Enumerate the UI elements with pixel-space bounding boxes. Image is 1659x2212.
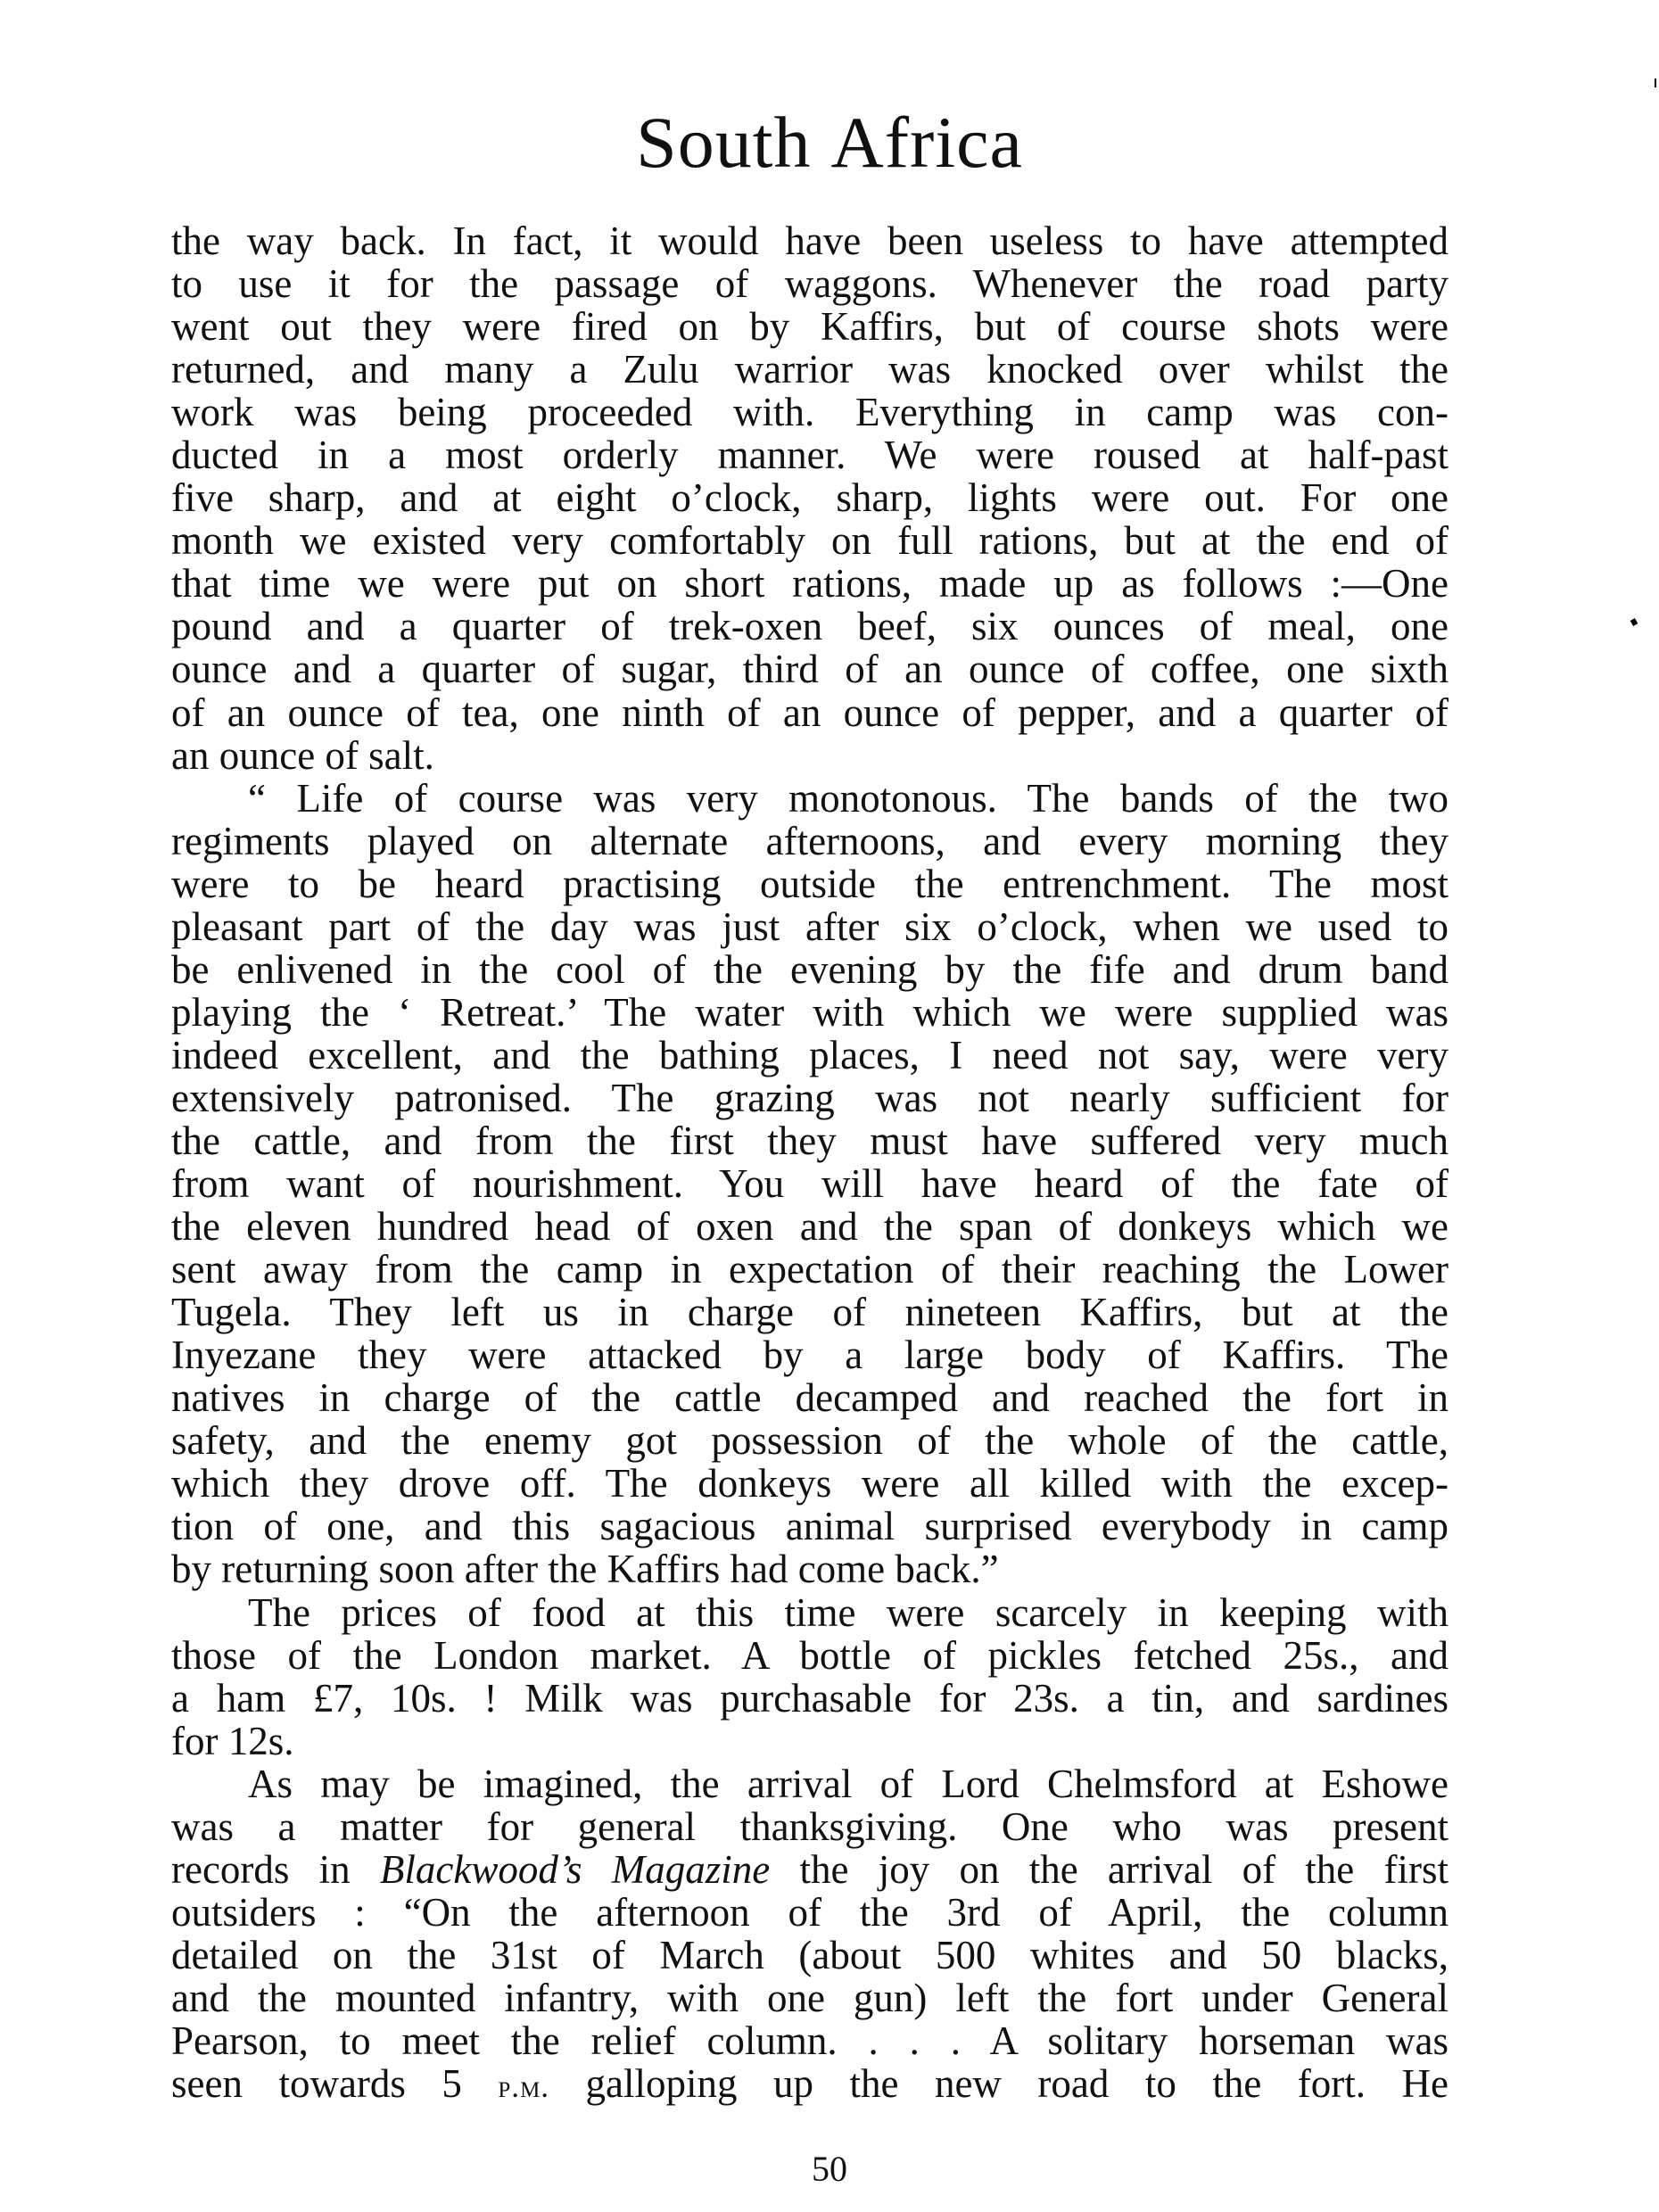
running-head-word: Africa — [830, 102, 1022, 183]
text-line: the cattle, and from the first they must… — [171, 1119, 1449, 1162]
text-line: ducted in a most orderly manner. We were… — [171, 433, 1449, 476]
text-line: a ham £7, 10s. ! Milk was purchasable fo… — [171, 1677, 1449, 1720]
text-line: records in Blackwood’s Magazine the joy … — [171, 1848, 1449, 1891]
text-line: that time we were put on short rations, … — [171, 562, 1449, 605]
paragraph-1: the way back. In fact, it would have bee… — [171, 219, 1449, 777]
text-line: detailed on the 31st of March (about 500… — [171, 1934, 1449, 1977]
paragraph-3: The prices of food at this time were sca… — [171, 1591, 1449, 1762]
text-line: indeed excellent, and the bathing places… — [171, 1034, 1449, 1077]
text-line: the eleven hundred head of oxen and the … — [171, 1205, 1449, 1248]
text-line: were to be heard practising outside the … — [171, 863, 1449, 905]
text-run: the joy on the arrival of the first — [770, 1847, 1449, 1892]
text-line: pleasant part of the day was just after … — [171, 905, 1449, 948]
scan-artifact — [1655, 78, 1656, 87]
text-line: from want of nourishment. You will have … — [171, 1162, 1449, 1205]
text-line: went out they were fired on by Kaffirs, … — [171, 305, 1449, 348]
text-line: seen towards 5 p.m. galloping up the new… — [171, 2062, 1449, 2105]
paragraph-4: As may be imagined, the arrival of Lord … — [171, 1762, 1449, 2105]
text-line: Tugela. They left us in charge of ninete… — [171, 1291, 1449, 1333]
italic-title: Blackwood’s Magazine — [380, 1847, 770, 1892]
text-line: pound and a quarter of trek-oxen beef, s… — [171, 605, 1449, 648]
text-line: to use it for the passage of waggons. Wh… — [171, 262, 1449, 305]
text-line: ounce and a quarter of sugar, third of a… — [171, 648, 1449, 690]
text-line: outsiders : “On the afternoon of the 3rd… — [171, 1891, 1449, 1934]
text-line: which they drove off. The donkeys were a… — [171, 1462, 1449, 1505]
text-line: sent away from the camp in expectation o… — [171, 1248, 1449, 1291]
text-line: natives in charge of the cattle decamped… — [171, 1376, 1449, 1419]
text-line: work was being proceeded with. Everythin… — [171, 391, 1449, 433]
paragraph-2: “ Life of course was very monotonous. Th… — [171, 777, 1449, 1591]
text-line: those of the London market. A bottle of … — [171, 1634, 1449, 1677]
text-run: records in — [171, 1847, 380, 1892]
text-line: playing the ‘ Retreat.’ The water with w… — [171, 991, 1449, 1034]
text-line: was a matter for general thanksgiving. O… — [171, 1805, 1449, 1848]
text-run: galloping up the new road to the fort. H… — [549, 2061, 1449, 2106]
page-number: 50 — [0, 2150, 1659, 2189]
text-line: The prices of food at this time were sca… — [171, 1591, 1449, 1634]
text-line: Inyezane they were attacked by a large b… — [171, 1333, 1449, 1376]
text-line: extensively patronised. The grazing was … — [171, 1077, 1449, 1119]
scan-artifact — [1630, 618, 1638, 626]
text-line: tion of one, and this sagacious animal s… — [171, 1505, 1449, 1548]
text-line: regiments played on alternate afternoons… — [171, 820, 1449, 863]
text-line: an ounce of salt. — [171, 734, 1449, 777]
running-head-title: SouthAfrica — [0, 98, 1659, 187]
text-line: of an ounce of tea, one ninth of an ounc… — [171, 691, 1449, 734]
text-line: and the mounted infantry, with one gun) … — [171, 1977, 1449, 2019]
text-line: “ Life of course was very monotonous. Th… — [171, 777, 1449, 820]
small-caps-time: p.m. — [498, 2069, 549, 2104]
text-line: by returning soon after the Kaffirs had … — [171, 1548, 1449, 1590]
text-line: be enlivened in the cool of the evening … — [171, 948, 1449, 991]
text-line: Pearson, to meet the relief column. . . … — [171, 2019, 1449, 2062]
text-line: safety, and the enemy got possession of … — [171, 1419, 1449, 1462]
body-text: the way back. In fact, it would have bee… — [171, 219, 1449, 2105]
running-head-word: South — [636, 102, 811, 183]
text-line: for 12s. — [171, 1720, 1449, 1762]
text-line: returned, and many a Zulu warrior was kn… — [171, 348, 1449, 391]
text-line: the way back. In fact, it would have bee… — [171, 219, 1449, 262]
text-run: seen towards 5 — [171, 2061, 498, 2106]
text-line: month we existed very comfortably on ful… — [171, 519, 1449, 562]
text-line: five sharp, and at eight o’clock, sharp,… — [171, 476, 1449, 519]
book-page: SouthAfrica the way back. In fact, it wo… — [0, 0, 1659, 2212]
text-line: As may be imagined, the arrival of Lord … — [171, 1762, 1449, 1805]
